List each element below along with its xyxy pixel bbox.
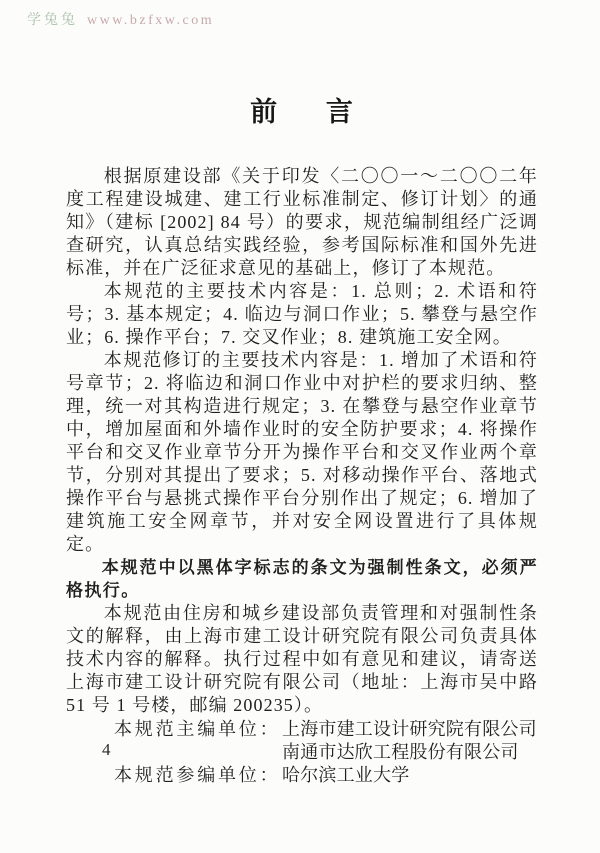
watermark-site-url: www.bzfxw.com	[87, 13, 214, 28]
credit-value-chief-editor-2: 南通市达欣工程股份有限公司	[282, 741, 519, 764]
watermark-site-name: 学兔兔	[27, 13, 78, 28]
paragraph-mandatory-provisions: 本规范中以黑体字标志的条文为强制性条文，必须严格执行。	[66, 556, 538, 602]
credit-value-chief-editor: 上海市建工设计研究院有限公司	[282, 718, 537, 741]
credit-line-participating-editor: 本规范参编单位： 哈尔滨工业大学	[66, 764, 538, 787]
credit-label-empty	[114, 741, 282, 764]
credit-label-participating-editor: 本规范参编单位：	[114, 764, 282, 787]
document-page: 学兔兔www.bzfxw.com 前 言 根据原建设部《关于印发〈二〇〇一～二〇…	[0, 0, 600, 853]
paragraph-revision-contents: 本规范修订的主要技术内容是：1. 增加了术语和符号章节；2. 将临边和洞口作业中…	[66, 349, 538, 556]
paragraph-main-contents: 本规范的主要技术内容是：1. 总则；2. 术语和符号；3. 基本规定；4. 临边…	[66, 280, 538, 349]
credit-indent	[66, 718, 114, 741]
credit-label-chief-editor: 本规范主编单位：	[114, 718, 282, 741]
credit-value-participating-editor: 哈尔滨工业大学	[282, 764, 409, 787]
credits-block: 本规范主编单位： 上海市建工设计研究院有限公司 南通市达欣工程股份有限公司 本规…	[66, 718, 538, 787]
page-number: 4	[102, 740, 111, 760]
page-content: 前 言 根据原建设部《关于印发〈二〇〇一～二〇〇二年度工程建设城建、建工行业标准…	[66, 90, 538, 787]
credit-indent	[66, 764, 114, 787]
credit-line-chief-editor: 本规范主编单位： 上海市建工设计研究院有限公司	[66, 718, 538, 741]
page-title: 前 言	[66, 90, 538, 129]
watermark: 学兔兔www.bzfxw.com	[27, 9, 214, 29]
paragraph-administration: 本规范由住房和城乡建设部负责管理和对强制性条文的解释，由上海市建工设计研究院有限…	[66, 602, 538, 717]
credit-line-chief-editor-2: 南通市达欣工程股份有限公司	[66, 741, 538, 764]
paragraph-basis: 根据原建设部《关于印发〈二〇〇一～二〇〇二年度工程建设城建、建工行业标准制定、修…	[66, 165, 538, 280]
